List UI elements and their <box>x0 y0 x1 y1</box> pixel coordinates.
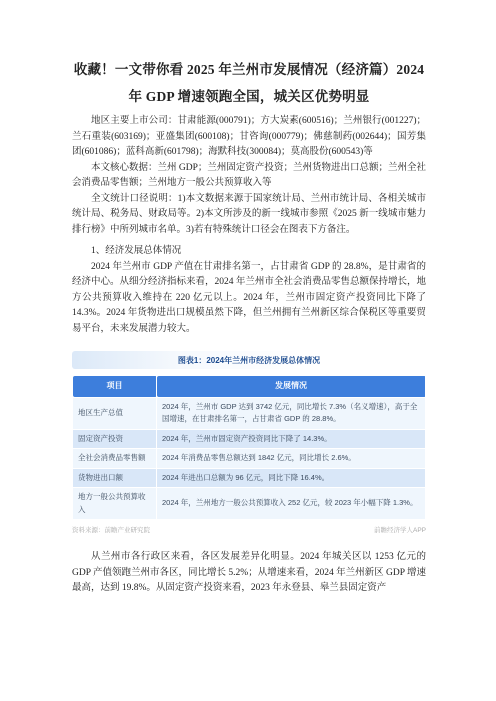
page-title: 收藏！一文带你看 2025 年兰州市发展情况（经济篇）2024 年 GDP 增速… <box>72 56 426 110</box>
figure-source-row: 资料来源：前瞻产业研究院 前瞻经济学人APP <box>72 525 426 534</box>
row-detail: 2024 年，兰州地方一般公共预算收入 252 亿元，较 2023 年小幅下降 … <box>157 488 426 520</box>
table-row: 地区生产总值 2024 年，兰州市 GDP 达到 3742 亿元，同比增长 7.… <box>73 397 426 429</box>
row-detail: 2024 年，兰州市固定资产投资同比下降了 14.3%。 <box>157 429 426 449</box>
row-detail: 2024 年消费品零售总额达到 1842 亿元，同比增长 2.6%。 <box>157 449 426 469</box>
figure-caption: 图表1：2024年兰州市经济发展总体情况 <box>72 351 426 369</box>
table-header-detail: 发展情况 <box>157 376 426 398</box>
source-app-label: 前瞻经济学人APP <box>374 525 426 534</box>
row-item-label: 货物进出口额 <box>73 468 157 488</box>
row-detail: 2024 年，兰州市 GDP 达到 3742 亿元，同比增长 7.3%（名义增速… <box>157 397 426 429</box>
table-row: 全社会消费品零售额 2024 年消费品零售总额达到 1842 亿元，同比增长 2… <box>73 449 426 469</box>
table-row: 地方一般公共预算收入 2024 年，兰州地方一般公共预算收入 252 亿元，较 … <box>73 488 426 520</box>
table-header-row: 项目 发展情况 <box>73 376 426 398</box>
paragraph-statistics-note: 全文统计口径说明：1)本文数据来源于国家统计局、兰州市统计局、各相关城市统计局、… <box>72 192 426 239</box>
document-page: 收藏！一文带你看 2025 年兰州市发展情况（经济篇）2024 年 GDP 增速… <box>0 0 496 701</box>
row-detail: 2024 年进出口总额为 96 亿元，同比下降 16.4%。 <box>157 468 426 488</box>
row-item-label: 地区生产总值 <box>73 397 157 429</box>
section-heading: 1、经济发展总体情况 <box>72 244 426 260</box>
row-item-label: 全社会消费品零售额 <box>73 449 157 469</box>
paragraph-listed-companies: 地区主要上市公司：甘肃能源(000791)；方大炭素(600516)；兰州银行(… <box>72 114 426 161</box>
source-attribution: 资料来源：前瞻产业研究院 <box>72 525 150 534</box>
paragraph-core-data: 本文核心数据：兰州 GDP；兰州固定资产投资；兰州货物进出口总额；兰州全社会消费… <box>72 161 426 192</box>
table-header-item: 项目 <box>73 376 157 398</box>
row-item-label: 固定资产投资 <box>73 429 157 449</box>
paragraph-economy-overview: 2024 年兰州市 GDP 产值在甘肃排名第一，占甘肃省 GDP 的 28.8%… <box>72 260 426 338</box>
table-row: 货物进出口额 2024 年进出口总额为 96 亿元，同比下降 16.4%。 <box>73 468 426 488</box>
table-row: 固定资产投资 2024 年，兰州市固定资产投资同比下降了 14.3%。 <box>73 429 426 449</box>
row-item-label: 地方一般公共预算收入 <box>73 488 157 520</box>
data-table: 项目 发展情况 地区生产总值 2024 年，兰州市 GDP 达到 3742 亿元… <box>72 375 426 520</box>
paragraph-districts: 从兰州市各行政区来看，各区发展差异化明显。2024 年城关区以 1253 亿元的… <box>72 550 426 597</box>
figure-economy-table: 图表1：2024年兰州市经济发展总体情况 项目 发展情况 地区生产总值 2024… <box>72 351 426 534</box>
